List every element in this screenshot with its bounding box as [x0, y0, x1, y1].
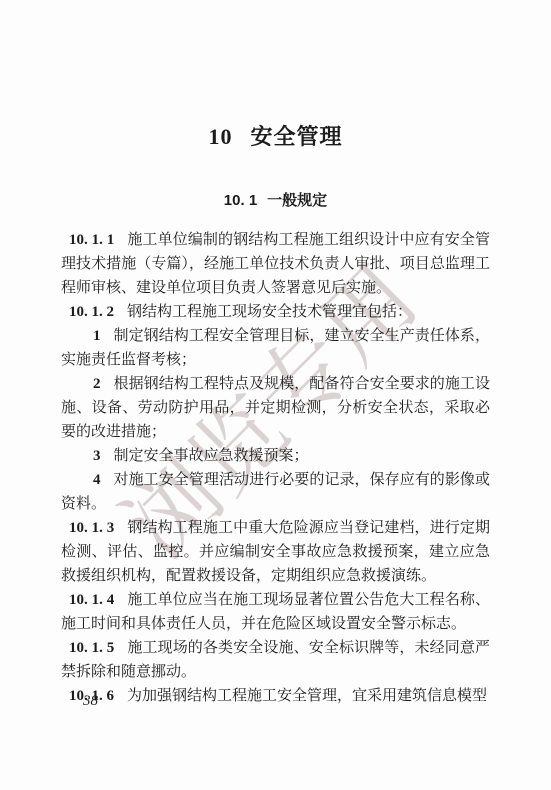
chapter-number: 10	[208, 124, 232, 149]
clause-text: 为加强钢结构工程施工安全管理，宜采用建筑信息模型	[127, 688, 487, 704]
clause-text: 制定安全事故应急救援预案；	[114, 448, 309, 464]
section-title: 10. 1一般规定	[61, 191, 490, 211]
clause-text: 施工现场的各类安全设施、安全标识牌等，未经同意严禁拆除和随意挪动。	[61, 640, 490, 680]
paragraph: 10. 1. 6为加强钢结构工程施工安全管理，宜采用建筑信息模型	[61, 684, 490, 708]
clause-text: 钢结构工程施工中重大危险源应当登记建档，进行定期检测、评估、监控。并应编制安全事…	[61, 520, 490, 584]
clause-number: 10. 1. 5	[69, 640, 114, 656]
clause-text: 施工单位应当在施工现场显著位置公告危大工程名称、施工时间和具体责任人员，并在危险…	[61, 592, 490, 632]
page-number: 38	[83, 691, 98, 711]
clause-number: 2	[93, 376, 101, 392]
paragraph: 10. 1. 4施工单位应当在施工现场显著位置公告危大工程名称、施工时间和具体责…	[61, 588, 490, 636]
page-content: 10安全管理 10. 1一般规定 10. 1. 1施工单位编制的钢结构工程施工组…	[61, 0, 490, 708]
paragraph: 4对施工安全管理活动进行必要的记录，保存应有的影像或资料。	[61, 468, 490, 516]
clause-number: 1	[93, 328, 101, 344]
paragraph: 10. 1. 2钢结构工程施工现场安全技术管理宜包括：	[61, 300, 490, 324]
paragraph: 3制定安全事故应急救援预案；	[61, 444, 490, 468]
chapter-title: 10安全管理	[61, 124, 490, 150]
clause-number: 10. 1. 2	[69, 304, 114, 320]
clause-number: 10. 1. 1	[69, 232, 114, 248]
clause-number: 10. 1. 3	[69, 520, 114, 536]
paragraph: 2根据钢结构工程特点及规模，配备符合安全要求的施工设施、设备、劳动防护用品，并定…	[61, 372, 490, 444]
document-page: 浏览专用 10安全管理 10. 1一般规定 10. 1. 1施工单位编制的钢结构…	[0, 0, 551, 790]
clause-text: 根据钢结构工程特点及规模，配备符合安全要求的施工设施、设备、劳动防护用品，并定期…	[61, 376, 490, 440]
paragraph: 10. 1. 3钢结构工程施工中重大危险源应当登记建档，进行定期检测、评估、监控…	[61, 516, 490, 588]
paragraph: 1制定钢结构工程安全管理目标，建立安全生产责任体系，实施责任监督考核；	[61, 324, 490, 372]
section-number: 10. 1	[224, 192, 257, 209]
paragraph: 10. 1. 1施工单位编制的钢结构工程施工组织设计中应有安全管理技术措施（专篇…	[61, 228, 490, 300]
clause-number: 4	[93, 472, 101, 488]
clause-text: 制定钢结构工程安全管理目标，建立安全生产责任体系，实施责任监督考核；	[61, 328, 490, 368]
chapter-name: 安全管理	[250, 124, 342, 149]
clause-number: 10. 1. 4	[69, 592, 114, 608]
section-name: 一般规定	[267, 192, 327, 209]
paragraph: 10. 1. 5施工现场的各类安全设施、安全标识牌等，未经同意严禁拆除和随意挪动…	[61, 636, 490, 684]
clause-text: 对施工安全管理活动进行必要的记录，保存应有的影像或资料。	[61, 472, 490, 512]
paragraph-list: 10. 1. 1施工单位编制的钢结构工程施工组织设计中应有安全管理技术措施（专篇…	[61, 228, 490, 708]
clause-text: 钢结构工程施工现场安全技术管理宜包括：	[127, 304, 412, 320]
clause-text: 施工单位编制的钢结构工程施工组织设计中应有安全管理技术措施（专篇），经施工单位技…	[61, 232, 490, 296]
clause-number: 3	[93, 448, 101, 464]
